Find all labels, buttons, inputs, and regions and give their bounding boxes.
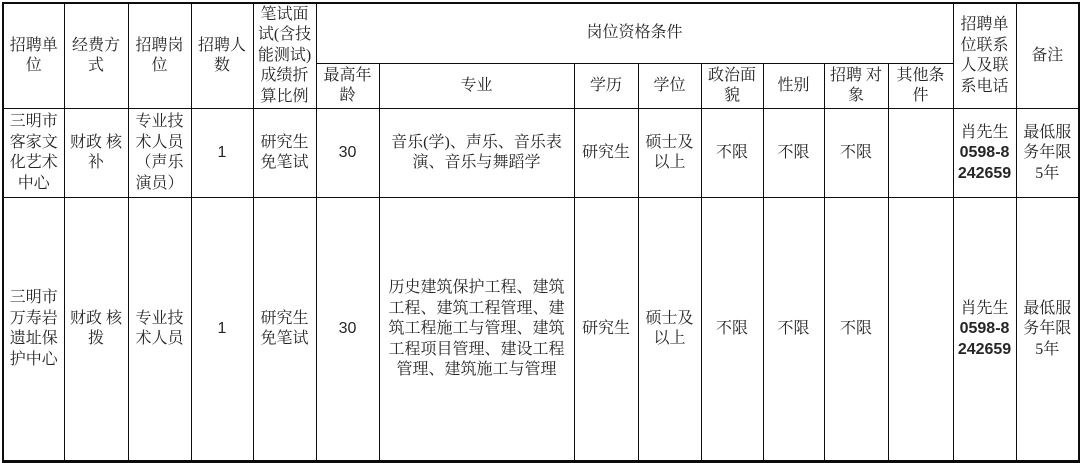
cell-headcount: 1: [191, 198, 253, 463]
header-other: 其他条件: [888, 64, 953, 109]
contact-phone: 0598-8242659: [957, 143, 1013, 184]
cell-political: 不限: [701, 198, 763, 463]
cell-remarks: 最低服务年限5年: [1016, 109, 1079, 198]
cell-headcount: 1: [191, 109, 253, 198]
recruitment-table: 招聘单位 经费方式 招聘岗位 招聘人数 笔试面试(含技能测试)成绩折算比例 岗位…: [2, 2, 1080, 463]
header-gender: 性别: [763, 64, 824, 109]
contact-name: 肖先生: [961, 300, 1009, 317]
recruitment-table-wrap: 招聘单位 经费方式 招聘岗位 招聘人数 笔试面试(含技能测试)成绩折算比例 岗位…: [2, 2, 1078, 463]
header-headcount: 招聘人数: [191, 3, 253, 109]
cell-target: 不限: [824, 109, 888, 198]
cell-major: 历史建筑保护工程、建筑工程、建筑工程管理、建筑工程施工与管理、建筑工程项目管理、…: [379, 198, 574, 463]
header-funding: 经费方式: [64, 3, 128, 109]
cell-contact: 肖先生 0598-8242659: [953, 198, 1016, 463]
cell-score-ratio: 研究生免笔试: [253, 198, 316, 463]
cell-position: 专业技术人员: [128, 198, 191, 463]
header-max-age: 最高年龄: [316, 64, 379, 109]
cell-contact: 肖先生 0598-8242659: [953, 109, 1016, 198]
header-degree: 学位: [638, 64, 701, 109]
cell-gender: 不限: [763, 109, 824, 198]
header-target: 招聘 对象: [824, 64, 888, 109]
cell-other: [888, 198, 953, 463]
cell-unit: 三明市万寿岩遗址保护中心: [3, 198, 64, 463]
cell-score-ratio: 研究生免笔试: [253, 109, 316, 198]
header-unit: 招聘单位: [3, 3, 64, 109]
cell-max-age: 30: [316, 109, 379, 198]
cell-position: 专业技术人员（声乐演员）: [128, 109, 191, 198]
cell-degree: 硕士及以上: [638, 198, 701, 463]
table-row: 三明市万寿岩遗址保护中心 财政 核拨 专业技术人员 1 研究生免笔试 30 历史…: [3, 198, 1079, 463]
cell-major: 音乐(学)、声乐、音乐表演、音乐与舞蹈学: [379, 109, 574, 198]
header-qualifications-group: 岗位资格条件: [316, 3, 953, 64]
header-contact: 招聘单位联系人及联系电话: [953, 3, 1016, 109]
cell-political: 不限: [701, 109, 763, 198]
cell-unit: 三明市客家文化艺术中心: [3, 109, 64, 198]
header-education: 学历: [574, 64, 638, 109]
cell-other: [888, 109, 953, 198]
header-score-ratio: 笔试面试(含技能测试)成绩折算比例: [253, 3, 316, 109]
table-row: 三明市客家文化艺术中心 财政 核补 专业技术人员（声乐演员） 1 研究生免笔试 …: [3, 109, 1079, 198]
cell-max-age: 30: [316, 198, 379, 463]
cell-funding: 财政 核补: [64, 109, 128, 198]
contact-phone: 0598-8242659: [957, 319, 1013, 360]
header-major: 专业: [379, 64, 574, 109]
header-political: 政治面貌: [701, 64, 763, 109]
cell-remarks: 最低服务年限5年: [1016, 198, 1079, 463]
cell-education: 研究生: [574, 198, 638, 463]
contact-name: 肖先生: [961, 124, 1009, 141]
cell-funding: 财政 核拨: [64, 198, 128, 463]
header-remarks: 备注: [1016, 3, 1079, 109]
cell-education: 研究生: [574, 109, 638, 198]
cell-gender: 不限: [763, 198, 824, 463]
header-position: 招聘岗位: [128, 3, 191, 109]
cell-degree: 硕士及以上: [638, 109, 701, 198]
cell-target: 不限: [824, 198, 888, 463]
